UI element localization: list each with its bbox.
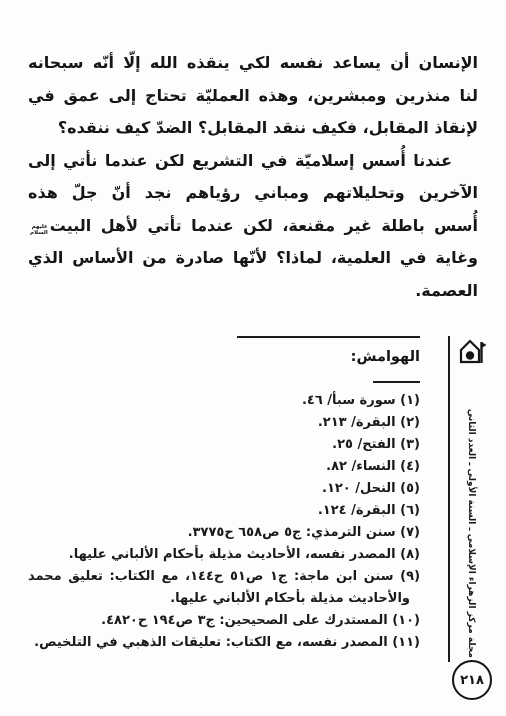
- footnote-line: (١١) المصدر نفسه، مع الكتاب: تعليقات الذ…: [28, 632, 420, 654]
- body-text: الإنسان أن يساعد نفسه لكي ينقذه الله إلّ…: [28, 47, 478, 307]
- ahl-albayt-honorific-symbol: عليهمالسلام: [30, 224, 48, 236]
- footnotes-heading-underline: [373, 381, 420, 383]
- body-line: لنا منذرين ومبشرين، وهذه العمليّة تحتاج …: [28, 80, 478, 113]
- body-line: أُسس باطلة غير مقنعة، لكن عندما تأتي لأه…: [28, 210, 478, 243]
- footnote-line-continuation: والأحاديث مذيلة بأحكام الألباني عليها.: [28, 588, 420, 610]
- footnote-line: (١) سورة سبأ/ ٤٦.: [28, 390, 420, 412]
- spine-journal-title: مجلة مركز الزهراء الإسلامي ـ السنة الأول…: [461, 426, 481, 658]
- page-number-badge: ٢١٨: [452, 660, 492, 700]
- honorific-top: عليهم: [30, 224, 48, 230]
- honorific-bottom: السلام: [30, 230, 48, 236]
- footnote-line: (١٠) المستدرك على الصحيحين: ج٣ ص١٩٤ ح٤٨٢…: [28, 610, 420, 632]
- footnote-line: (٤) النساء/ ٨٢.: [28, 456, 420, 478]
- footnotes-heading: الهوامش:: [28, 347, 420, 367]
- body-line: الإنسان أن يساعد نفسه لكي ينقذه الله إلّ…: [28, 47, 478, 80]
- footnote-line: (٧) سنن الترمذي: ج٥ ص٦٥٨ ح٣٧٧٥.: [28, 522, 420, 544]
- body-line: وغاية في العلمية، لماذا؟ لأنّها صادرة من…: [28, 242, 478, 275]
- footnotes-list: (١) سورة سبأ/ ٤٦. (٢) البقرة/ ٢١٣. (٣) ا…: [28, 390, 420, 654]
- footnote-line: (٢) البقرة/ ٢١٣.: [28, 412, 420, 434]
- body-line-text: أُسس باطلة غير مقنعة، لكن عندما تأتي لأه…: [50, 216, 478, 235]
- book-page: الإنسان أن يساعد نفسه لكي ينقذه الله إلّ…: [0, 0, 506, 716]
- body-line: عندنا أُسس إسلاميّة في التشريع لكن عندما…: [28, 145, 478, 178]
- footnote-line: (٦) البقرة/ ١٢٤.: [28, 500, 420, 522]
- spine-divider-line: [448, 336, 450, 662]
- body-line: لإنقاذ المقابل، فكيف ننقد المقابل؟ الضدّ…: [28, 112, 478, 145]
- footnote-line: (٣) الفتح/ ٢٥.: [28, 434, 420, 456]
- body-line: العصمة.: [28, 275, 478, 308]
- footnote-line: (٨) المصدر نفسه، الأحاديث مذيلة بأحكام ا…: [28, 544, 420, 566]
- footnote-line: (٥) النحل/ ١٢٠.: [28, 478, 420, 500]
- footnotes-separator-line: [237, 336, 420, 338]
- footnote-line: (٩) سنن ابن ماجة: ج١ ص٥١ ح١٤٤، مع الكتاب…: [28, 566, 420, 588]
- body-line: الآخرين وتحليلاتهم ومباني رؤياهم نجد أنّ…: [28, 177, 478, 210]
- publisher-emblem-icon: [457, 336, 487, 368]
